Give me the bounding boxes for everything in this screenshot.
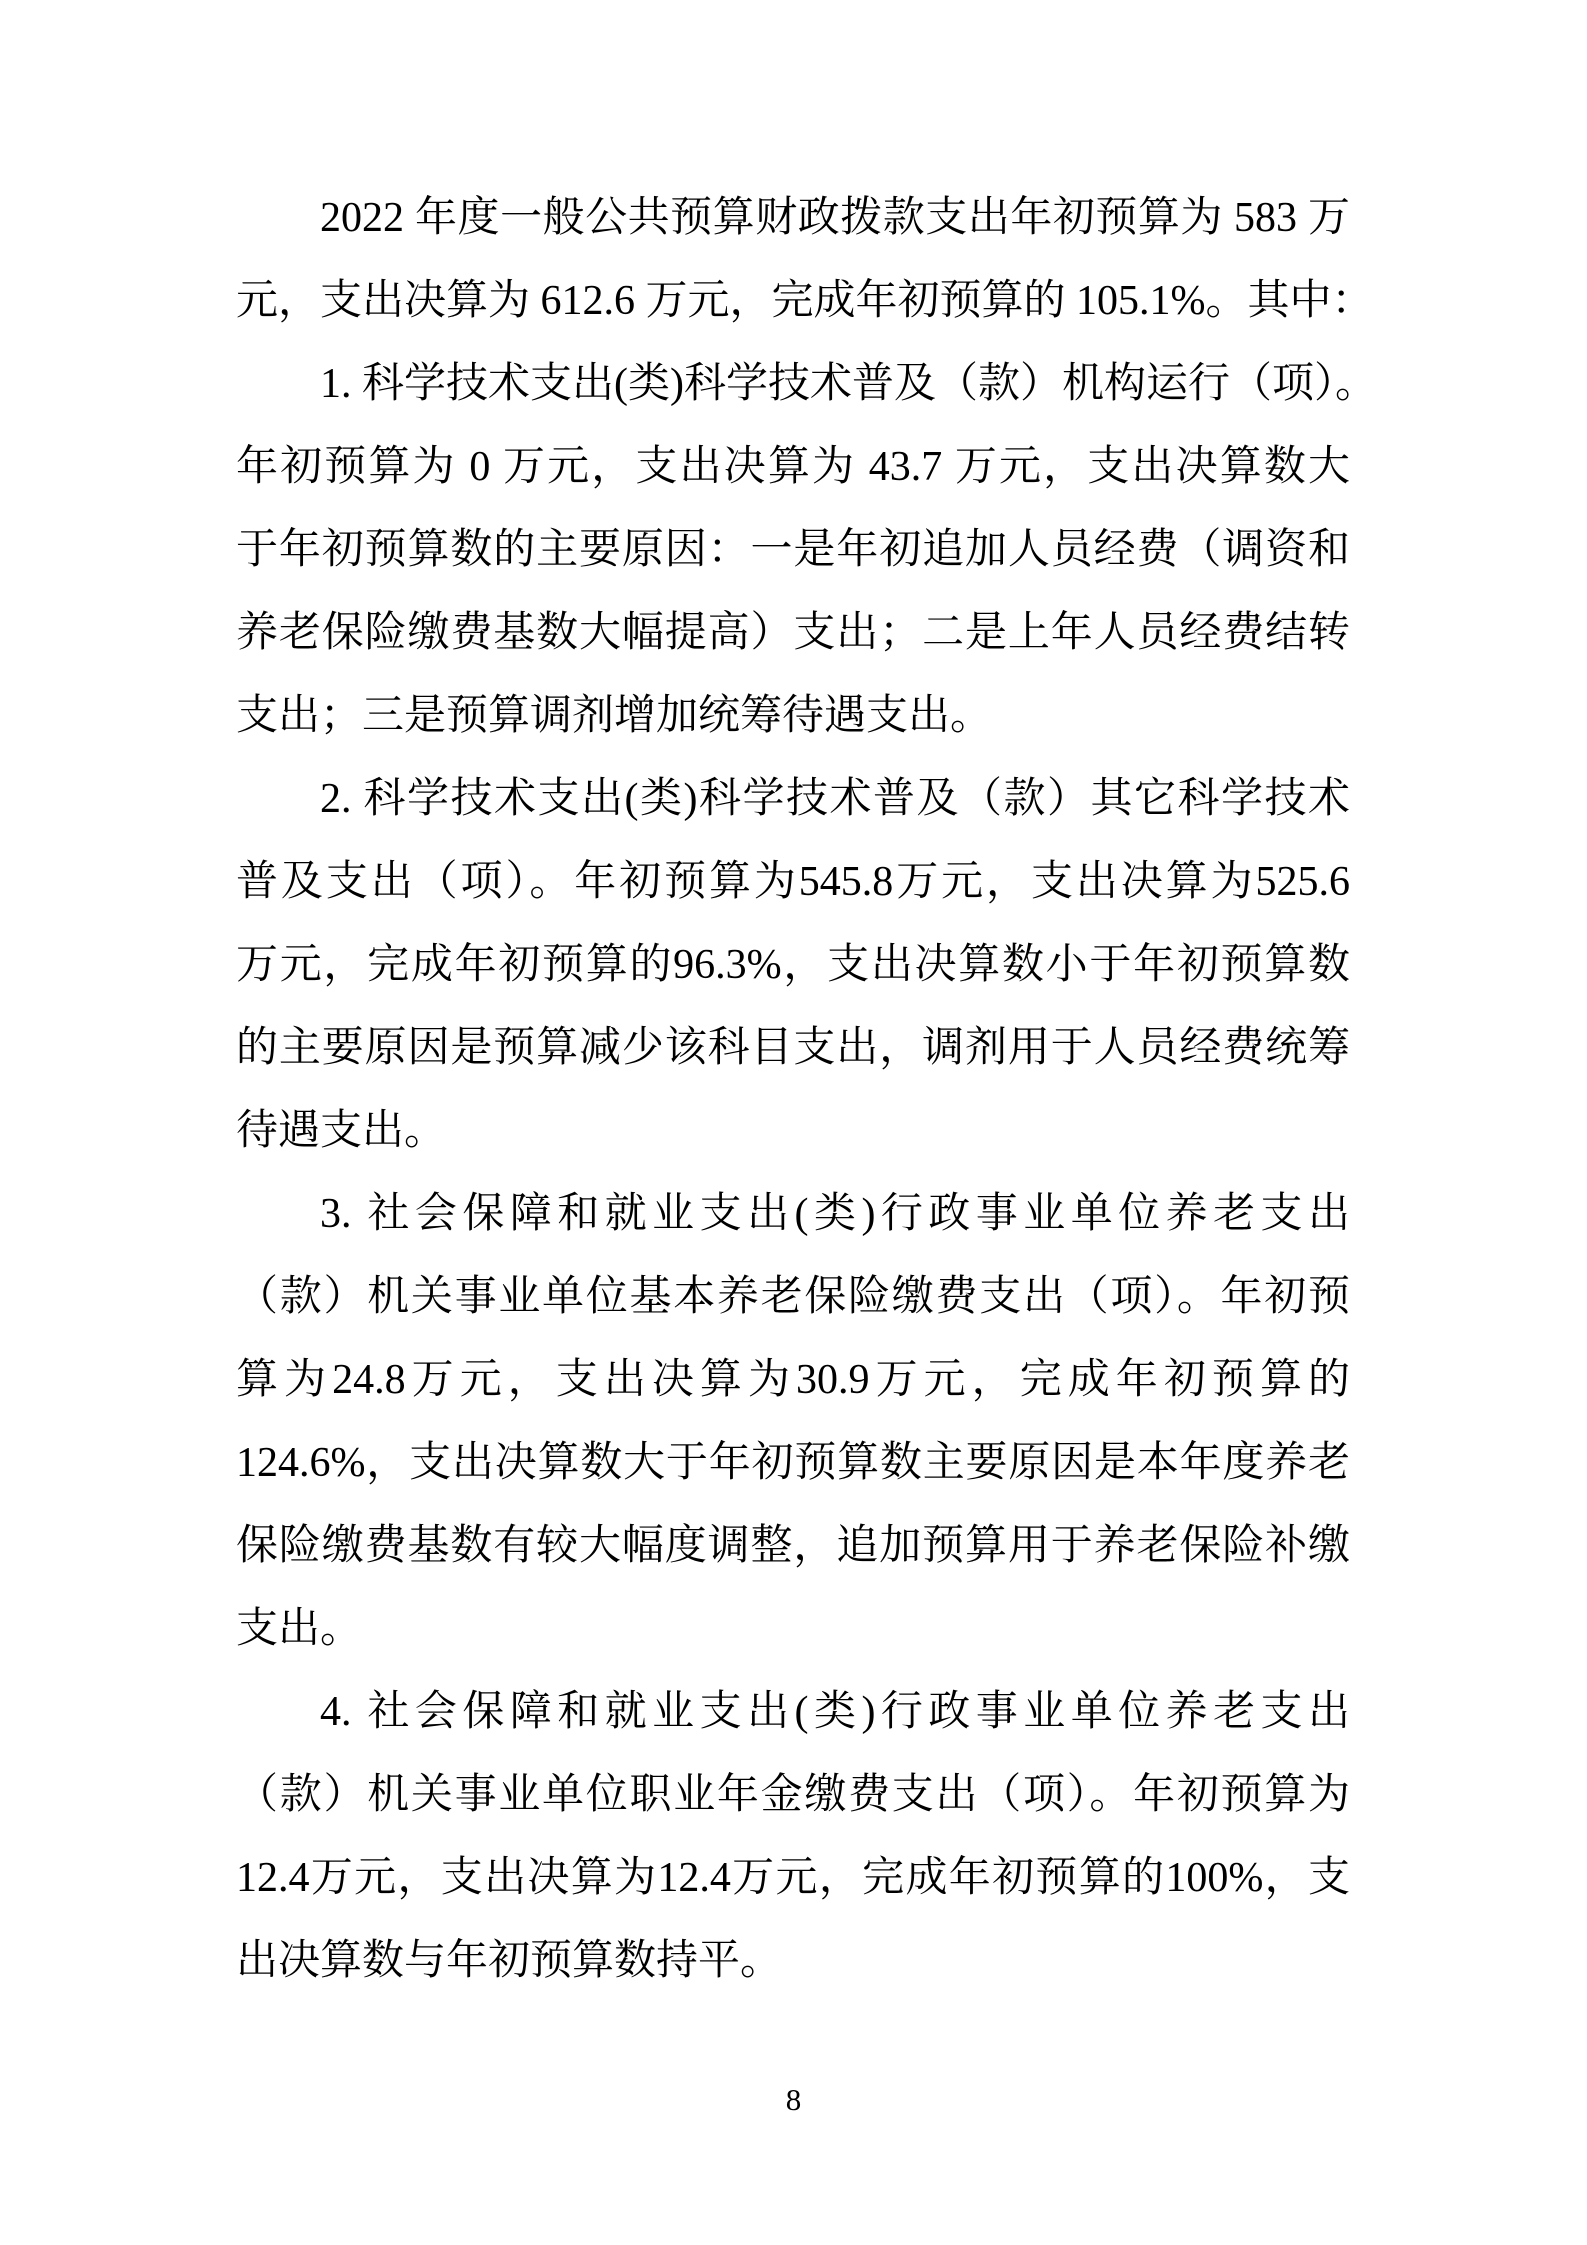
text-line: 万元，完成年初预算的96.3%，支出决算数小于年初预算数 xyxy=(236,924,1350,1007)
text-line: 普及支出（项）。年初预算为545.8万元，支出决算为525.6 xyxy=(236,841,1350,924)
text-line: 1. 科学技术支出(类)科学技术普及（款）机构运行（项）。 xyxy=(236,343,1350,426)
text-line: 保险缴费基数有较大幅度调整，追加预算用于养老保险补缴 xyxy=(236,1505,1350,1588)
paragraph: 3. 社会保障和就业支出(类)行政事业单位养老支出（款）机关事业单位基本养老保险… xyxy=(236,1173,1350,1671)
text-line: 支出。 xyxy=(236,1588,1350,1671)
paragraph: 2. 科学技术支出(类)科学技术普及（款）其它科学技术普及支出（项）。年初预算为… xyxy=(236,758,1350,1173)
paragraph: 2022 年度一般公共预算财政拨款支出年初预算为 583 万元，支出决算为 61… xyxy=(236,177,1350,343)
text-line: 年初预算为 0 万元，支出决算为 43.7 万元，支出决算数大 xyxy=(236,426,1350,509)
page-number: 8 xyxy=(0,2082,1587,2118)
text-line: 124.6%，支出决算数大于年初预算数主要原因是本年度养老 xyxy=(236,1422,1350,1505)
document-page: 2022 年度一般公共预算财政拨款支出年初预算为 583 万元，支出决算为 61… xyxy=(0,0,1587,2245)
text-line: 于年初预算数的主要原因：一是年初追加人员经费（调资和 xyxy=(236,509,1350,592)
text-line: 算为24.8万元，支出决算为30.9万元，完成年初预算的 xyxy=(236,1339,1350,1422)
text-line: （款）机关事业单位基本养老保险缴费支出（项）。年初预 xyxy=(236,1256,1350,1339)
text-block: 2022 年度一般公共预算财政拨款支出年初预算为 583 万元，支出决算为 61… xyxy=(236,177,1350,2003)
text-line: 出决算数与年初预算数持平。 xyxy=(236,1920,1350,2003)
text-line: （款）机关事业单位职业年金缴费支出（项）。年初预算为 xyxy=(236,1754,1350,1837)
text-line: 2022 年度一般公共预算财政拨款支出年初预算为 583 万 xyxy=(236,177,1350,260)
paragraph: 1. 科学技术支出(类)科学技术普及（款）机构运行（项）。年初预算为 0 万元，… xyxy=(236,343,1350,758)
paragraph: 4. 社会保障和就业支出(类)行政事业单位养老支出（款）机关事业单位职业年金缴费… xyxy=(236,1671,1350,2003)
text-line: 4. 社会保障和就业支出(类)行政事业单位养老支出 xyxy=(236,1671,1350,1754)
text-line: 12.4万元，支出决算为12.4万元，完成年初预算的100%，支 xyxy=(236,1837,1350,1920)
text-line: 待遇支出。 xyxy=(236,1090,1350,1173)
text-line: 3. 社会保障和就业支出(类)行政事业单位养老支出 xyxy=(236,1173,1350,1256)
text-line: 的主要原因是预算减少该科目支出，调剂用于人员经费统筹 xyxy=(236,1007,1350,1090)
text-line: 2. 科学技术支出(类)科学技术普及（款）其它科学技术 xyxy=(236,758,1350,841)
text-line: 支出；三是预算调剂增加统筹待遇支出。 xyxy=(236,675,1350,758)
text-line: 养老保险缴费基数大幅提高）支出；二是上年人员经费结转 xyxy=(236,592,1350,675)
text-line: 元，支出决算为 612.6 万元，完成年初预算的 105.1%。其中： xyxy=(236,260,1350,343)
